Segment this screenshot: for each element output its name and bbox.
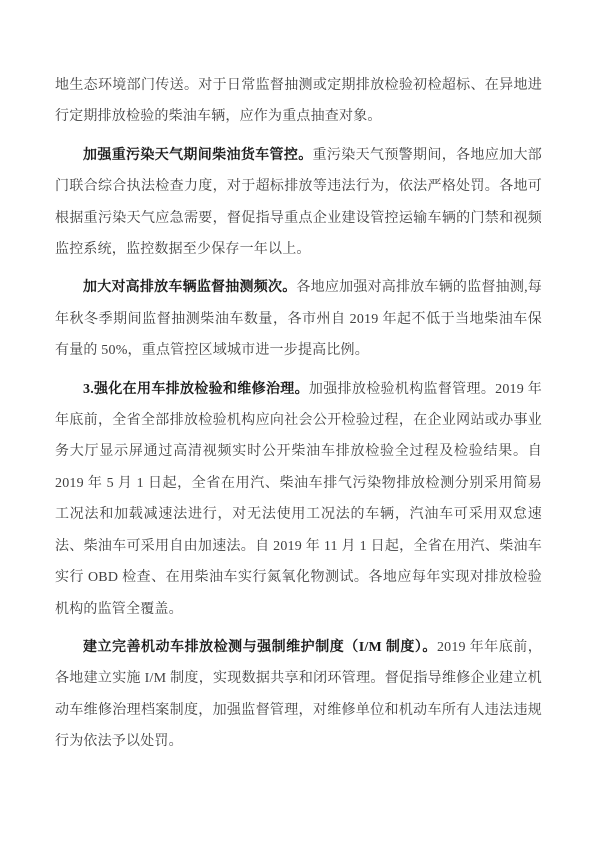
paragraph-5-text: 2019 年年底前，各地建立实施 I/M 制度，实现数据共享和闭环管理。督促指导…	[55, 640, 542, 749]
paragraph-2-lead: 加强重污染天气期间柴油货车管控。	[83, 148, 313, 163]
paragraph-1: 地生态环境部门传送。对于日常监督抽测或定期排放检验初检超标、在异地进行定期排放检…	[55, 70, 542, 133]
paragraph-5: 建立完善机动车排放检测与强制维护制度（I/M 制度）。2019 年年底前，各地建…	[55, 632, 542, 758]
paragraph-4: 3.强化在用车排放检验和维修治理。加强排放检验机构监督管理。2019 年年底前，…	[55, 374, 542, 625]
paragraph-5-lead: 建立完善机动车排放检测与强制维护制度（I/M 制度）。	[83, 640, 437, 655]
paragraph-4-lead: 3.强化在用车排放检验和维修治理。	[83, 382, 309, 397]
document-body: 地生态环境部门传送。对于日常监督抽测或定期排放检验初检超标、在异地进行定期排放检…	[55, 70, 542, 765]
paragraph-4-text: 加强排放检验机构监督管理。2019 年年底前，全省全部排放检验机构应向社会公开检…	[55, 382, 542, 617]
paragraph-2: 加强重污染天气期间柴油货车管控。重污染天气预警期间，各地应加大部门联合综合执法检…	[55, 140, 542, 266]
document-page: 地生态环境部门传送。对于日常监督抽测或定期排放检验初检超标、在异地进行定期排放检…	[0, 0, 595, 841]
paragraph-2-text: 重污染天气预警期间，各地应加大部门联合综合执法检查力度，对于超标排放等违法行为，…	[55, 148, 542, 257]
paragraph-3: 加大对高排放车辆监督抽测频次。各地应加强对高排放车辆的监督抽测,每年秋冬季期间监…	[55, 272, 542, 366]
paragraph-3-lead: 加大对高排放车辆监督抽测频次。	[83, 280, 296, 295]
paragraph-1-text: 地生态环境部门传送。对于日常监督抽测或定期排放检验初检超标、在异地进行定期排放检…	[55, 78, 542, 124]
